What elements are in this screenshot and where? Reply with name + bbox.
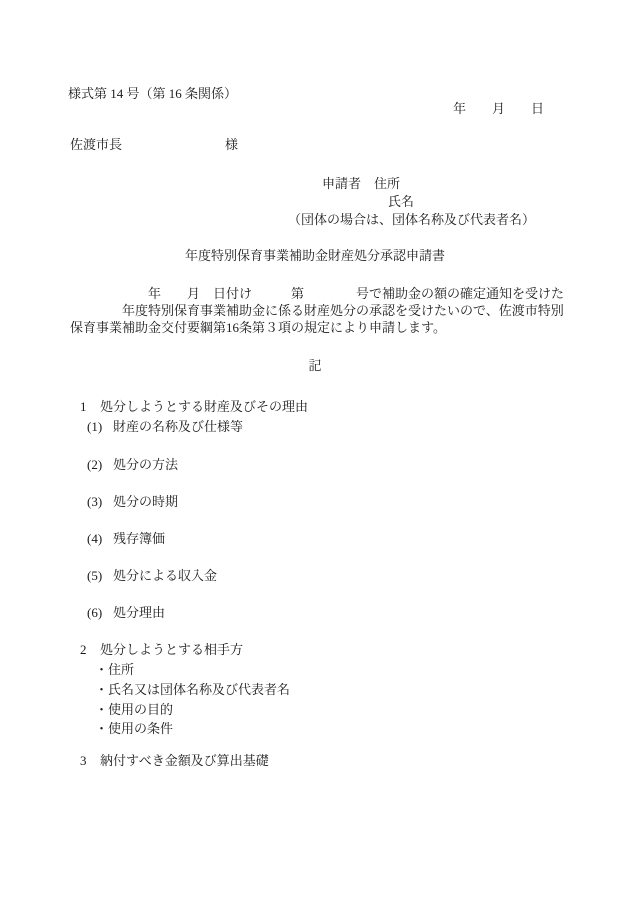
- form-page: 様式第 14 号（第 16 条関係） 年 月 日 佐渡市長 様 申請者住所 氏名…: [0, 0, 630, 903]
- sub-item-4: (4)残存簿価: [87, 531, 165, 546]
- sub-item-5-number: (5): [87, 568, 113, 583]
- bullet-item-4-label: 使用の条件: [108, 721, 173, 736]
- date-line: 年 月 日: [453, 101, 544, 116]
- bullet-item-2: ・氏名又は団体名称及び代表者名: [95, 682, 290, 697]
- ki-marker: 記: [0, 358, 630, 373]
- sub-item-4-number: (4): [87, 531, 113, 546]
- section-3-number: 3: [80, 753, 100, 768]
- sub-item-3-label: 処分の時期: [113, 494, 178, 509]
- bullet-icon: ・: [95, 662, 108, 677]
- section-3-label: 納付すべき金額及び算出基礎: [100, 753, 269, 768]
- bullet-item-2-label: 氏名又は団体名称及び代表者名: [108, 682, 290, 697]
- bullet-item-1-label: 住所: [108, 662, 134, 677]
- section-1-label: 処分しようとする財産及びその理由: [100, 399, 308, 414]
- sub-item-1: (1)財産の名称及び仕様等: [87, 419, 243, 434]
- sub-item-3-number: (3): [87, 494, 113, 509]
- section-1-number: 1: [80, 399, 100, 414]
- sub-item-6-label: 処分理由: [113, 605, 165, 620]
- sub-item-1-number: (1): [87, 419, 113, 434]
- sub-item-5: (5)処分による収入金: [87, 568, 217, 583]
- form-number: 様式第 14 号（第 16 条関係）: [68, 86, 237, 101]
- bullet-icon: ・: [95, 721, 108, 736]
- sub-item-2-number: (2): [87, 457, 113, 472]
- bullet-icon: ・: [95, 682, 108, 697]
- body-line-2: 年度特別保育事業補助金に係る財産処分の承認を受けたいので、佐渡市特別: [70, 303, 564, 318]
- applicant-name-label: 氏名: [388, 194, 414, 209]
- addressee-name: 佐渡市長: [70, 137, 122, 152]
- section-2-number: 2: [80, 642, 100, 657]
- sub-item-6: (6)処分理由: [87, 605, 165, 620]
- section-3: 3納付すべき金額及び算出基礎: [80, 753, 269, 768]
- section-1: 1処分しようとする財産及びその理由: [80, 399, 308, 414]
- applicant-label: 申請者: [322, 176, 361, 191]
- sub-item-5-label: 処分による収入金: [113, 568, 217, 583]
- applicant-org-note: （団体の場合は、団体名称及び代表者名）: [288, 212, 535, 227]
- applicant-address-label: 住所: [374, 176, 400, 191]
- applicant-address-line: 申請者住所: [322, 176, 400, 191]
- addressee-honorific: 様: [225, 137, 238, 152]
- body-line-3: 保育事業補助金交付要綱第16条第３項の規定により申請します。: [70, 320, 446, 335]
- sub-item-3: (3)処分の時期: [87, 494, 178, 509]
- sub-item-1-label: 財産の名称及び仕様等: [113, 419, 243, 434]
- body-line-1: 年 月 日付け 第 号で補助金の額の確定通知を受けた: [70, 286, 564, 301]
- bullet-item-3: ・使用の目的: [95, 702, 173, 717]
- section-2: 2処分しようとする相手方: [80, 642, 243, 657]
- bullet-item-3-label: 使用の目的: [108, 702, 173, 717]
- bullet-item-1: ・住所: [95, 662, 134, 677]
- document-title: 年度特別保育事業補助金財産処分承認申請書: [0, 248, 630, 263]
- section-2-label: 処分しようとする相手方: [100, 642, 243, 657]
- bullet-item-4: ・使用の条件: [95, 721, 173, 736]
- bullet-icon: ・: [95, 702, 108, 717]
- sub-item-4-label: 残存簿価: [113, 531, 165, 546]
- sub-item-2: (2)処分の方法: [87, 457, 178, 472]
- sub-item-2-label: 処分の方法: [113, 457, 178, 472]
- sub-item-6-number: (6): [87, 605, 113, 620]
